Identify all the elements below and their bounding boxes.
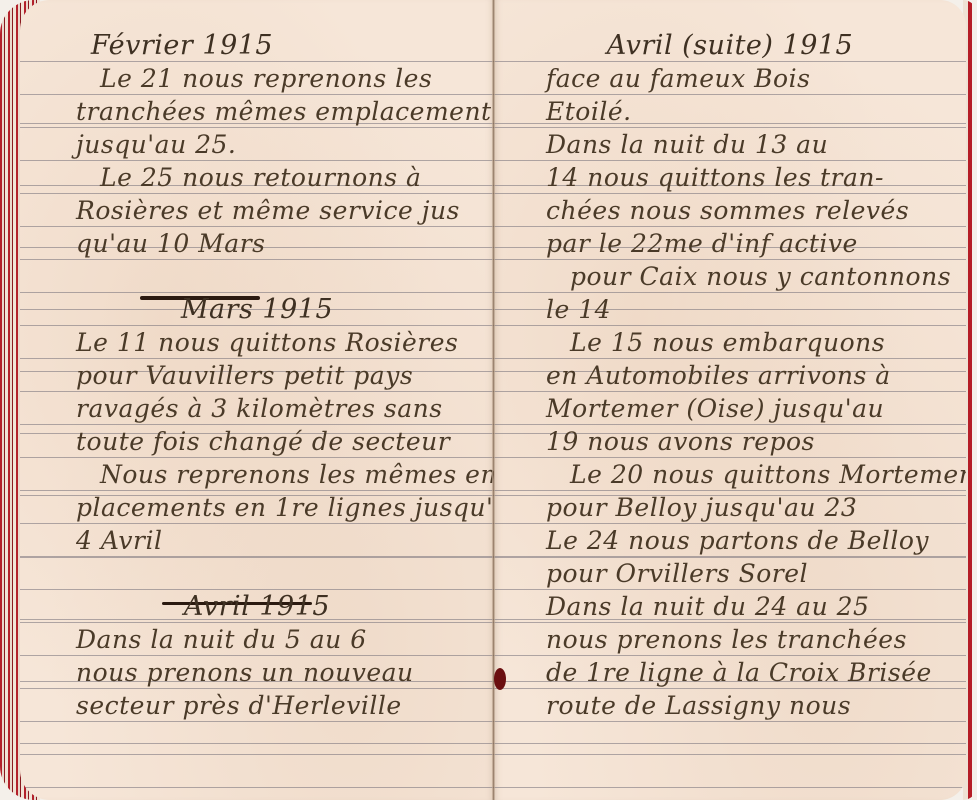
text-line: Le 25 nous retournons à (20, 161, 494, 194)
text-line: nous prenons les tranchées (494, 623, 966, 656)
left-page: Février 1915 Le 21 nous reprenons les tr… (20, 0, 494, 800)
section-heading-fevrier: Février 1915 (20, 29, 494, 62)
left-page-text: Février 1915 Le 21 nous reprenons les tr… (20, 29, 494, 722)
text-line: secteur près d'Herleville (20, 689, 494, 722)
text-line: de 1re ligne à la Croix Brisée (494, 656, 966, 689)
text-line: Mortemer (Oise) jusqu'au (494, 392, 966, 425)
blank-line (20, 260, 494, 293)
text-line: Dans la nuit du 24 au 25 (494, 590, 966, 623)
text-line: qu'au 10 Mars (20, 227, 494, 260)
text-line: pour Belloy jusqu'au 23 (494, 491, 966, 524)
text-line: pour Vauvillers petit pays (20, 359, 494, 392)
text-line: en Automobiles arrivons à (494, 359, 966, 392)
section-heading-avril-suite: Avril (suite) 1915 (494, 29, 966, 62)
text-line: chées nous sommes relevés (494, 194, 966, 227)
text-line: Nous reprenons les mêmes em (20, 458, 494, 491)
text-line: tranchées mêmes emplacement (20, 95, 494, 128)
text-line: ravagés à 3 kilomètres sans (20, 392, 494, 425)
right-page-text: Avril (suite) 1915 face au fameux Bois E… (494, 29, 966, 722)
red-ink-blot (494, 668, 506, 690)
text-line: Dans la nuit du 13 au (494, 128, 966, 161)
text-line: jusqu'au 25. (20, 128, 494, 161)
right-page: Avril (suite) 1915 face au fameux Bois E… (494, 0, 966, 800)
text-line: Le 11 nous quittons Rosières (20, 326, 494, 359)
text-line: route de Lassigny nous (494, 689, 966, 722)
open-notebook: Février 1915 Le 21 nous reprenons les tr… (0, 0, 977, 800)
text-line: Rosières et même service jus (20, 194, 494, 227)
text-line: 14 nous quittons les tran- (494, 161, 966, 194)
text-line: Etoilé. (494, 95, 966, 128)
section-heading-mars: Mars 1915 (20, 293, 494, 326)
text-line: Le 21 nous reprenons les (20, 62, 494, 95)
text-line: Dans la nuit du 5 au 6 (20, 623, 494, 656)
text-line: par le 22me d'inf active (494, 227, 966, 260)
text-line: face au fameux Bois (494, 62, 966, 95)
text-line: 4 Avril (20, 524, 494, 557)
text-line: nous prenons un nouveau (20, 656, 494, 689)
text-line: pour Caix nous y cantonnons (494, 260, 966, 293)
text-line: le 14 (494, 293, 966, 326)
text-line: Le 15 nous embarquons (494, 326, 966, 359)
blank-line (20, 557, 494, 590)
text-line: toute fois changé de secteur (20, 425, 494, 458)
text-line: pour Orvillers Sorel (494, 557, 966, 590)
section-heading-avril: Avril 1915 (20, 590, 494, 623)
text-line: 19 nous avons repos (494, 425, 966, 458)
text-line: placements en 1re lignes jusqu'au (20, 491, 494, 524)
text-line: Le 20 nous quittons Mortemer (494, 458, 966, 491)
text-line: Le 24 nous partons de Belloy (494, 524, 966, 557)
